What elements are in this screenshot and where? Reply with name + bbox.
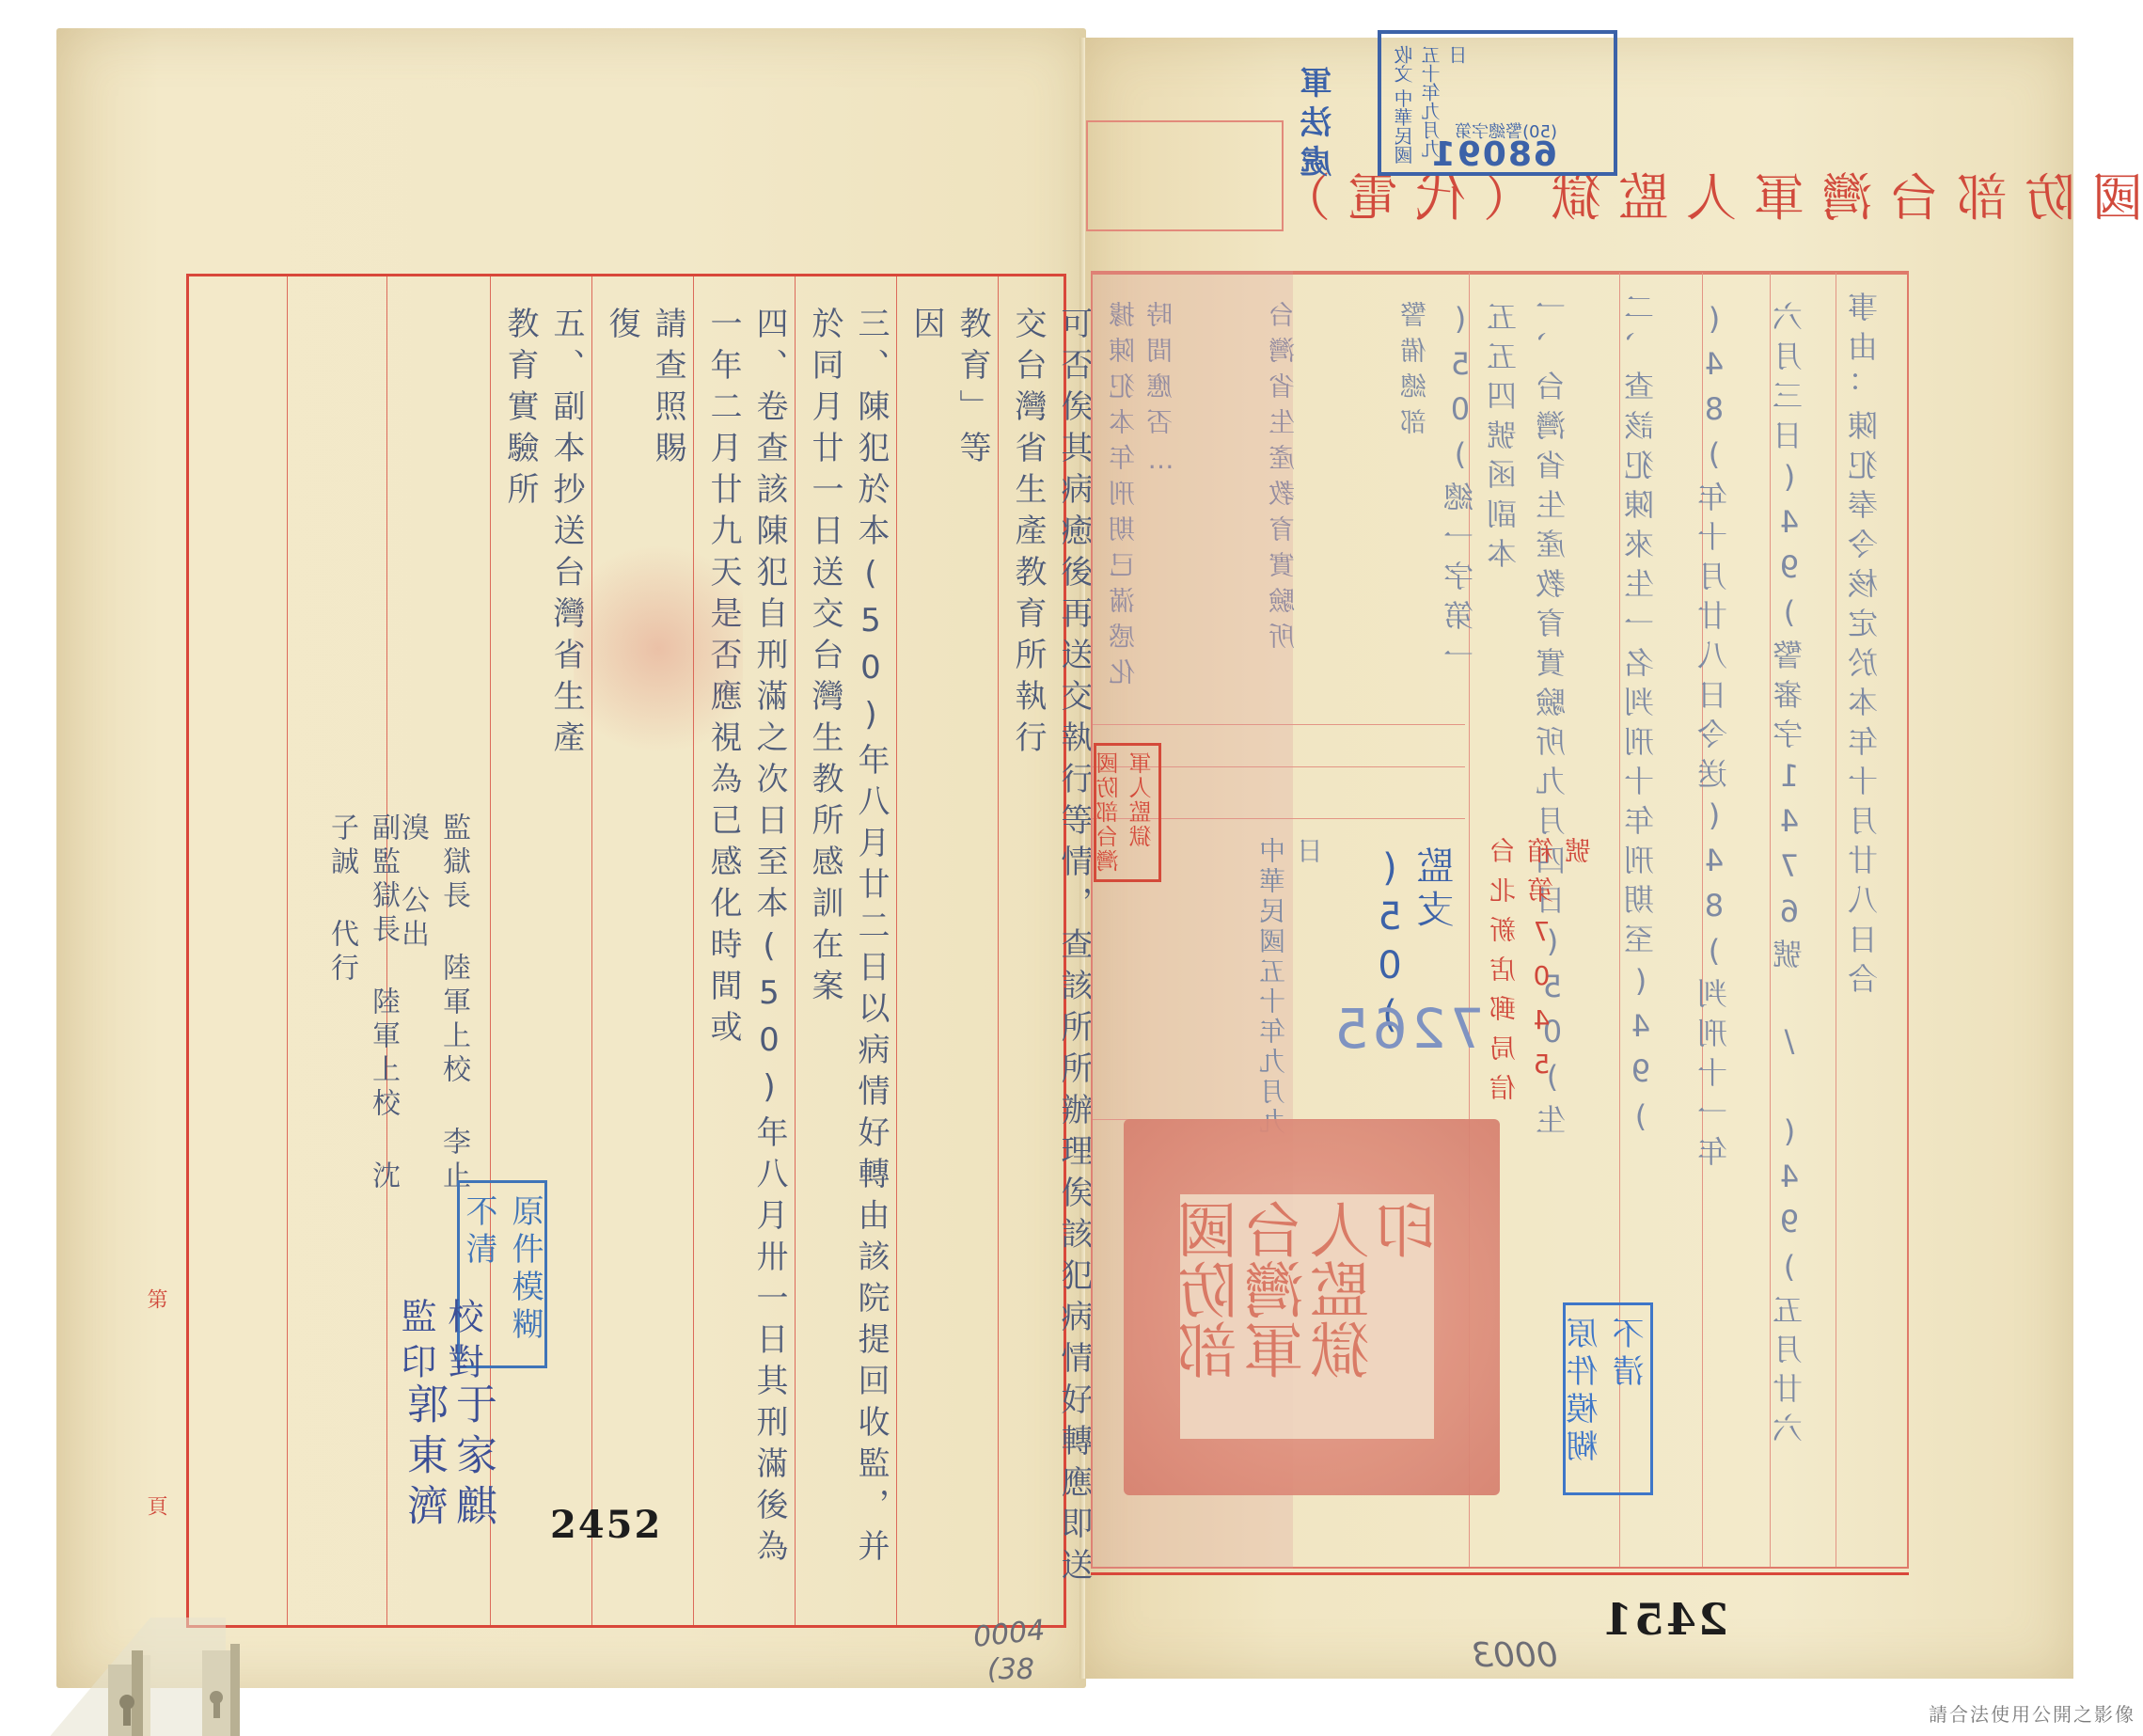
right-text-column-4: 二、查該犯陳來生一名判刑十年刑期至(49) [1619, 292, 1662, 1448]
right-text-column-1: 事由：陳犯奉令核定於本年十月廿八日合 [1843, 292, 1886, 1448]
seal-inner: 國防部台灣軍人監獄印 [1180, 1194, 1434, 1439]
right-text-column-6: (50)總一字第一五五四號函副本 [1439, 301, 1525, 715]
header-grid [1086, 120, 1284, 231]
column-rule [998, 276, 999, 1625]
right-text-column-2: 六月三日(49)警審字1476號 / (49)五月廿六 [1768, 301, 1811, 1458]
ink-spatter [574, 527, 743, 771]
illegible-original-stamp-right: 原件模糊不清 [1563, 1302, 1653, 1495]
bottom-rule [1091, 1572, 1909, 1575]
column-rule [795, 276, 796, 1625]
column-rule [591, 276, 592, 1625]
deputy-warden-signature: 副監獄長 陸軍上校 沈子誠 代行 [321, 813, 403, 1207]
receiver-value-1: 警備總部 [1396, 301, 1434, 677]
pencil-note-count: (38 [987, 1653, 1034, 1686]
serial-number-right: 2451 [1600, 1594, 1728, 1645]
text-column-2: 教育」等因 [904, 307, 996, 495]
received-stamp: 收文 中華民國五十年九月九日 (50)警總字第 68091 [1378, 30, 1617, 176]
page-label-ye: 頁 [141, 1495, 170, 1525]
warden-signature: 監獄長 陸軍上校 李止溴 公出 [391, 813, 474, 1207]
military-law-dept-stamp: 軍法處 [1296, 66, 1342, 184]
doc-date: 中華民國五十年九月九日 [1255, 837, 1331, 1138]
left-form-frame: 可否俟其病癒後再送交執行等情，查該所所辦理俟該犯病情好轉應即送交台灣省生產教育所… [186, 274, 1066, 1628]
page-label-di: 第 [141, 1288, 170, 1318]
column-rule [287, 276, 288, 1625]
right-text-column-3: (48)年十月廿八日令送(48)判刑十一年 [1693, 301, 1736, 1458]
column-rule [693, 276, 694, 1625]
doc-number: 7265 [1331, 997, 1485, 1061]
column-rule [1836, 273, 1836, 1567]
seal-label: 監印 [390, 1298, 442, 1388]
proofread-label: 校對 [437, 1298, 489, 1388]
serial-number-left: 2452 [550, 1503, 662, 1547]
small-red-seal: 國防部台灣軍人監獄 [1094, 743, 1161, 882]
text-column-4: 四、卷查該陳犯自刑滿之次日至本(50)年八月卅一日其刑滿後為一年二月廿九天是否應… [701, 307, 793, 1604]
official-seal: 國防部台灣軍人監獄印 [1124, 1119, 1500, 1495]
seal-person-name: 郭東濟 [393, 1382, 453, 1535]
text-column-3: 三、陳犯於本(50)年八月廿二日以病情好轉由該院提回收監，并於同月廿一日送交台灣… [802, 307, 894, 1604]
text-column-5: 請查照賜復 [599, 307, 691, 495]
address-text: 台北新店郵局信箱第7045號 [1486, 837, 1599, 1119]
pencil-note-right: 0003 [1472, 1636, 1558, 1675]
archive-book-logo-icon [38, 1599, 320, 1736]
column-rule [896, 276, 897, 1625]
text-column-1: 可否俟其病癒後再送交執行等情，查該所所辦理俟該犯病情好轉應即送交台灣省生產教育所… [1005, 307, 1097, 1604]
usage-watermark: 請合法使用公開之影像 [1929, 1699, 2135, 1727]
